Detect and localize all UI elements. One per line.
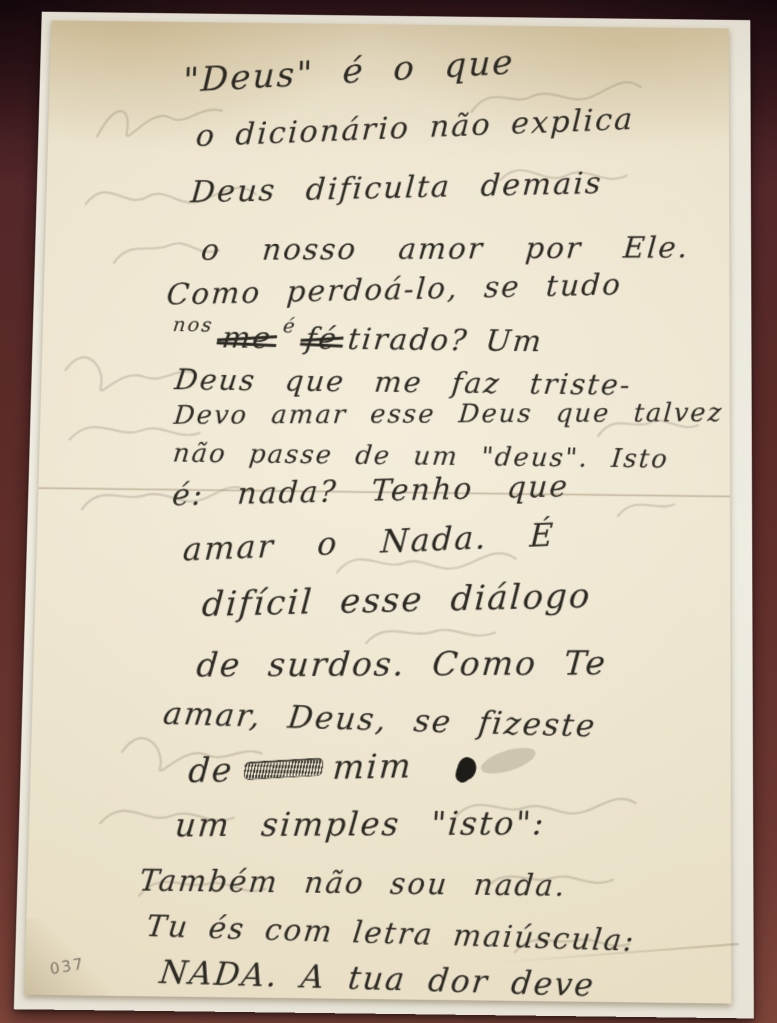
handwritten-word: o dicionário não explica [195,102,635,154]
handwritten-word: é: nada? Tenho que [171,469,570,513]
manuscript-paper: "Deus" é o queo dicionário não explicaDe… [24,20,731,1003]
ink-blot [454,756,479,782]
handwritten-word: mim [331,745,414,787]
manuscript-line: Também não sou nada. [137,863,578,903]
handwritten-word: o nosso amor por Ele. [200,231,691,268]
manuscript-line: de surdos. Como Te [195,643,619,685]
manuscript-line: Deus dificulta demais [189,166,613,210]
manuscript-line: o dicionário não explica [195,101,645,154]
manuscript-line: Como perdoá-lo, se tudo [165,268,632,313]
handwritten-word: Tu és com letra maiúscula: [144,908,637,958]
handwritten-word: Devo amar esse Deus que talvez [173,398,725,431]
manuscript-line: um simples "isto": [173,804,557,845]
manuscript-line: Devo amar esse Deus que talvez [173,398,735,431]
crossed-out-scribble [243,757,323,780]
handwritten-word: Também não sou nada. [137,863,568,903]
manuscript-line: é: nada? Tenho que [171,469,580,513]
manuscript-line: não passe de um "deus". Isto [171,439,680,475]
handwritten-word: amar o Nada. É [182,515,556,568]
handwritten-word: de [187,750,235,791]
handwritten-word: um simples "isto": [173,804,547,845]
manuscript-line: Deus que me faz triste- [173,363,643,402]
handwritten-word: tirado? Um [346,322,544,359]
backing-mat-sheet: "Deus" é o queo dicionário não explicaDe… [14,12,754,1019]
struck-word: me [220,321,274,356]
manuscript-line: Tu és com letra maiúscula: [144,908,647,958]
manuscript-line: difícil esse diálogo [200,576,602,625]
manuscript-line: demim [187,744,488,791]
struck-word: fé [304,322,340,357]
handwritten-word: nos [172,313,215,336]
handwritten-word: Deus dificulta demais [189,166,603,210]
handwritten-word: Deus que me faz triste- [173,363,633,402]
handwritten-word: não passe de um "deus". Isto [171,439,670,475]
manuscript-line: amar, Deus, se fizeste [161,695,608,745]
handwritten-text-block: "Deus" é o queo dicionário não explicaDe… [24,20,731,1003]
handwritten-word: amar, Deus, se fizeste [161,695,598,744]
manuscript-line: nosmeéfétirado? Um [170,320,555,359]
handwritten-word: NADA. A tua dor deve [157,954,597,1004]
manuscript-line: "Deus" é o que [182,43,524,101]
manuscript-line: NADA. A tua dor deve [157,954,607,1005]
handwritten-word: de surdos. Como Te [195,643,609,685]
handwritten-word: é [282,315,298,338]
manuscript-line: o nosso amor por Ele. [200,231,701,268]
handwritten-word: Como perdoá-lo, se tudo [165,268,623,313]
handwritten-word: "Deus" é o que [182,43,515,100]
exhibit-wall: "Deus" é o queo dicionário não explicaDe… [0,0,777,1023]
manuscript-line: amar o Nada. É [182,515,566,568]
handwritten-word: difícil esse diálogo [200,576,592,625]
